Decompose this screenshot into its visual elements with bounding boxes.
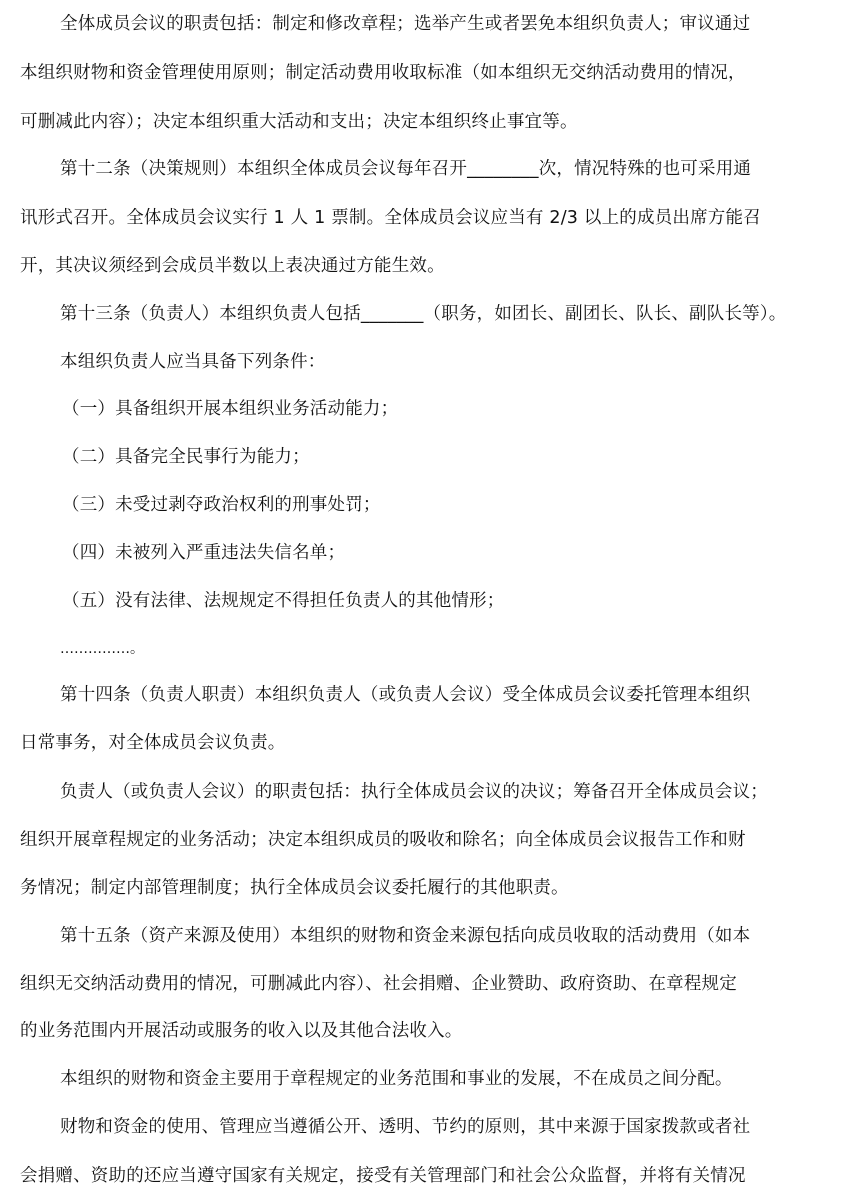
clause-15-line-2: 组织无交纳活动费用的情况，可删减此内容）、社会捐赠、企业赞助、政府资助、在章程规…: [20, 972, 737, 996]
clause-13-conditions-intro: 本组织负责人应当具备下列条件：: [60, 350, 326, 374]
clause-15-line-3: 的业务范围内开展活动或服务的收入以及其他合法收入。: [20, 1019, 463, 1043]
clause-12-line-1: 第十二条（决策规则）本组织全体成员会议每年召开________次，情况特殊的也可…: [60, 157, 751, 181]
clause-11-duties-line-3: 可删减此内容）；决定本组织重大活动和支出；决定本组织终止事宜等。: [20, 110, 578, 134]
condition-item-3: （三）未受过剥夺政治权利的刑事处罚；: [62, 493, 381, 517]
clause-14-line-1: 第十四条（负责人职责）本组织负责人（或负责人会议）受全体成员会议委托管理本组织: [60, 683, 750, 707]
clause-15-line-1: 第十五条（资产来源及使用）本组织的财物和资金来源包括向成员收取的活动费用（如本: [60, 924, 750, 948]
condition-item-2: （二）具备完全民事行为能力；: [62, 445, 310, 469]
condition-item-1: （一）具备组织开展本组织业务活动能力；: [62, 397, 398, 421]
document-page: 全体成员会议的职责包括：制定和修改章程；选举产生或者罢免本组织负责人；审议通过 …: [0, 0, 854, 1200]
clause-11-duties-line-2: 本组织财物和资金管理使用原则；制定活动费用收取标准（如本组织无交纳活动费用的情况…: [20, 61, 746, 85]
condition-item-5: （五）没有法律、法规规定不得担任负责人的其他情形；: [62, 589, 505, 613]
leader-duties-line-1: 负责人（或负责人会议）的职责包括：执行全体成员会议的决议；筹备召开全体成员会议；: [60, 780, 768, 804]
asset-usage-paragraph: 本组织的财物和资金主要用于章程规定的业务范围和事业的发展，不在成员之间分配。: [60, 1067, 733, 1091]
asset-management-line-1: 财物和资金的使用、管理应当遵循公开、透明、节约的原则，其中来源于国家拨款或者社: [60, 1115, 750, 1139]
clause-11-duties-line-1: 全体成员会议的职责包括：制定和修改章程；选举产生或者罢免本组织负责人；审议通过: [60, 12, 750, 36]
clause-13-line-1: 第十三条（负责人）本组织负责人包括_______（职务，如团长、副团长、队长、副…: [60, 302, 787, 326]
asset-management-line-2: 会捐赠、资助的还应当遵守国家有关规定，接受有关管理部门和社会公众监督，并将有关情…: [20, 1164, 746, 1188]
condition-item-4: （四）未被列入严重违法失信名单；: [62, 541, 345, 565]
clause-14-line-2: 日常事务，对全体成员会议负责。: [20, 731, 286, 755]
clause-12-line-3: 开，其决议须经到会成员半数以上表决通过方能生效。: [20, 254, 445, 278]
leader-duties-line-2: 组织开展章程规定的业务活动；决定本组织成员的吸收和除名；向全体成员会议报告工作和…: [20, 828, 746, 852]
ellipsis-line: ……………。: [60, 637, 144, 661]
leader-duties-line-3: 务情况；制定内部管理制度；执行全体成员会议委托履行的其他职责。: [20, 876, 569, 900]
clause-12-line-2: 讯形式召开。全体成员会议实行 1 人 1 票制。全体成员会议应当有 2/3 以上…: [20, 206, 761, 230]
